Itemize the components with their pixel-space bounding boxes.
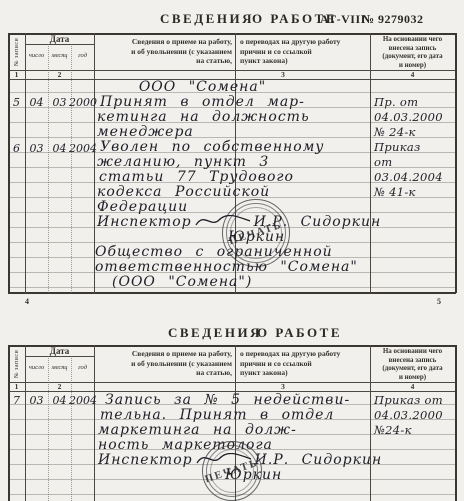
column-header-basis-line: (документ, его дата (371, 364, 454, 373)
inspector-label: Инспектор (97, 214, 192, 230)
column-header-transfers-line: пункт закона) (240, 368, 366, 378)
work-record-book-scan: СВЕДЕНИЯ О РАБОТЕ АТ-VIII № 9279032 № за… (0, 0, 464, 501)
column-header-info-line: Сведения о приеме на работу, (97, 349, 232, 359)
basis-line: от (374, 155, 392, 170)
grid-line (25, 44, 94, 45)
column-header-basis: На основании чего внесена запись (докуме… (371, 347, 454, 381)
grid-line (455, 33, 457, 293)
column-header-info: Сведения о приеме на работу, и об увольн… (97, 37, 232, 66)
grid-line (455, 345, 457, 501)
record-day: 03 (25, 141, 48, 156)
column-header-basis-line: внесена запись (371, 44, 454, 53)
entry-text-line: Запись за № 5 недействи- (105, 393, 350, 408)
entry-text-line: маркетинга на долж- (98, 423, 297, 438)
column-header-transfers-line: причин и со ссылкой (240, 359, 366, 369)
column-number-4: 4 (370, 70, 455, 79)
entry-text-line: Принят в отдел мар- (100, 95, 305, 110)
basis-line: 03.04.2004 (374, 170, 443, 185)
record-no: 7 (8, 393, 25, 408)
org-full-name-line: Общество с ограниченной (95, 245, 333, 260)
grid-line (71, 44, 72, 293)
round-stamp: ПЕЧАТЬ (222, 199, 290, 267)
basis-line: Приказ от (374, 393, 443, 408)
basis-line: № 41-к (374, 185, 416, 200)
record-year: 2004 (69, 141, 96, 156)
section1-title-word1: СВЕДЕНИЯ (160, 11, 254, 27)
grid-line (71, 356, 72, 501)
org-name-heading: ООО "Сомена" (95, 80, 310, 95)
column-header-info-line: и об увольнении (с указанием (97, 47, 232, 57)
column-number-4: 4 (370, 382, 455, 391)
column-number-3: 3 (243, 382, 323, 391)
section2-title-word1: СВЕДЕНИЯ (168, 325, 262, 341)
column-subheader-day: число (25, 364, 48, 371)
record-no: 5 (8, 95, 25, 110)
stamp-text: ПЕЧАТЬ (204, 457, 260, 485)
grid-line (94, 345, 95, 501)
basis-line: № 24-к (374, 125, 416, 140)
grid-line (48, 356, 49, 501)
grid-line (25, 356, 94, 357)
column-subheader-year: год (71, 364, 94, 371)
column-subheader-day: число (25, 52, 48, 59)
grid-line (8, 292, 456, 294)
basis-line: Приказ (374, 140, 421, 155)
column-number-2: 2 (25, 70, 94, 79)
column-header-basis-line: и номер) (371, 373, 454, 382)
column-header-info-line: на статью, (97, 368, 232, 378)
record-month: 04 (48, 141, 71, 156)
round-stamp: ПЕЧАТЬ (202, 441, 262, 501)
page-number-left: 4 (25, 297, 29, 306)
column-header-transfers-line: пункт закона) (240, 56, 366, 66)
column-subheader-month: месяц (48, 364, 71, 371)
column-header-transfers-line: о переводах на другую работу (240, 37, 366, 47)
record-month: 03 (48, 95, 71, 110)
column-number-1: 1 (8, 382, 25, 391)
column-header-transfers-line: о переводах на другую работу (240, 349, 366, 359)
column-header-transfers: о переводах на другую работу причин и со… (240, 37, 366, 66)
org-short-name-line: (ООО "Сомена") (112, 275, 252, 290)
record-day: 04 (25, 95, 48, 110)
column-header-date: Дата (25, 34, 94, 44)
basis-line: 04.03.2000 (374, 110, 443, 125)
column-header-info-line: на статью, (97, 56, 232, 66)
column-number-3: 3 (243, 70, 323, 79)
page-number-right: 5 (437, 297, 441, 306)
entry-text-line: статьи 77 Трудового (99, 170, 294, 185)
column-header-basis-line: (документ, его дата (371, 52, 454, 61)
column-header-transfers-line: причин и со ссылкой (240, 47, 366, 57)
record-year: 2004 (69, 393, 96, 408)
entry-text-line: Уволен по собственному (100, 140, 324, 155)
basis-line: №24-к (374, 423, 412, 438)
column-header-basis: На основании чего внесена запись (докуме… (371, 35, 454, 69)
record-month: 04 (48, 393, 71, 408)
entry-text-line: желанию, пункт 3 (97, 155, 269, 170)
column-header-basis-line: внесена запись (371, 356, 454, 365)
grid-line (48, 44, 49, 293)
section2-title-word2: О РАБОТЕ (257, 325, 342, 341)
column-header-transfers: о переводах на другую работу причин и со… (240, 349, 366, 378)
org-full-name-line: ответственностью "Сомена" (95, 260, 358, 275)
stamp-text: ПЕЧАТЬ (228, 219, 284, 247)
column-header-basis-line: и номер) (371, 61, 454, 70)
entry-text-line: менеджера (97, 125, 194, 140)
entry-text-line: тельна. Принят в отдел (100, 408, 334, 423)
entry-text-line: кодекса Российской (97, 185, 270, 200)
record-day: 03 (25, 393, 48, 408)
column-subheader-month: месяц (48, 52, 71, 59)
form-number: № 9279032 (362, 12, 424, 27)
form-series: АТ-VIII (320, 12, 366, 27)
basis-line: Пр. от (374, 95, 418, 110)
inspector-name: И.Р. Сидоркин (255, 452, 383, 468)
column-header-info-line: и об увольнении (с указанием (97, 359, 232, 369)
basis-line: 04.03.2000 (374, 408, 443, 423)
inspector-label: Инспектор (98, 452, 193, 468)
column-number-1: 1 (8, 70, 25, 79)
entry-text-line: кетинга на должность (97, 110, 310, 125)
column-header-date: Дата (25, 346, 94, 356)
column-header-basis-line: На основании чего (371, 347, 454, 356)
column-subheader-year: год (71, 52, 94, 59)
column-header-info-line: Сведения о приеме на работу, (97, 37, 232, 47)
column-header-info: Сведения о приеме на работу, и об увольн… (97, 349, 232, 378)
record-no: 6 (8, 141, 25, 156)
column-header-basis-line: На основании чего (371, 35, 454, 44)
column-number-2: 2 (25, 382, 94, 391)
record-year: 2000 (69, 95, 96, 110)
entry-text-line: Федерации (97, 200, 188, 215)
